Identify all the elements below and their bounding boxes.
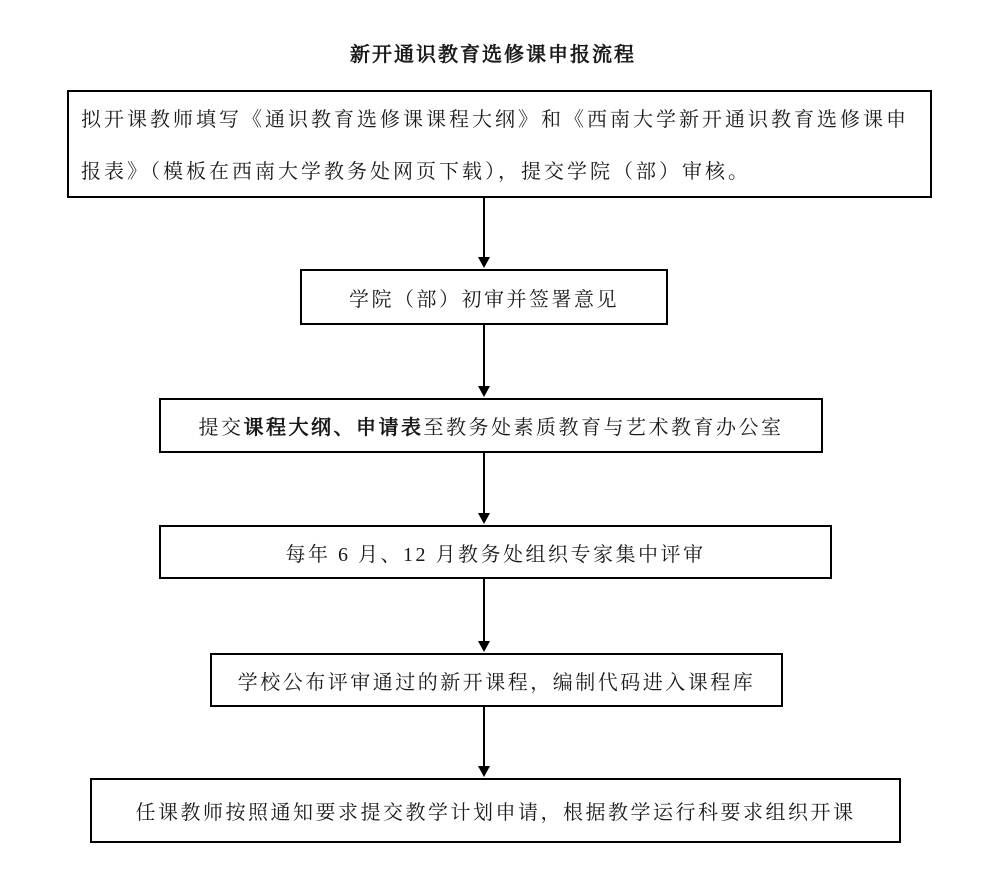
flow-step-2-text: 学院（部）初审并签署意见 — [349, 283, 619, 312]
flow-step-3-prefix: 提交 — [199, 417, 244, 439]
down-arrow-3 — [483, 453, 485, 514]
flow-step-5-text: 学校公布评审通过的新开课程，编制代码进入课程库 — [238, 666, 756, 695]
flow-step-1-text: 拟开课教师填写《通识教育选修课课程大纲》和《西南大学新开通识教育选修课申报表》（… — [81, 94, 918, 198]
flow-step-5: 学校公布评审通过的新开课程，编制代码进入课程库 — [210, 653, 783, 707]
flow-step-6-text: 任课教师按照通知要求提交教学计划申请，根据教学运行科要求组织开课 — [136, 796, 856, 825]
flowchart-page: 新开通识教育选修课申报流程 拟开课教师填写《通识教育选修课课程大纲》和《西南大学… — [0, 0, 986, 881]
flow-step-3-bold-documents: 课程大纲、申请表 — [244, 417, 424, 439]
flow-step-3: 提交课程大纲、申请表至教务处素质教育与艺术教育办公室 — [159, 398, 823, 453]
flow-step-2: 学院（部）初审并签署意见 — [300, 269, 668, 325]
flow-step-1: 拟开课教师填写《通识教育选修课课程大纲》和《西南大学新开通识教育选修课申报表》（… — [67, 90, 932, 198]
flow-step-3-suffix: 至教务处素质教育与艺术教育办公室 — [424, 417, 784, 439]
down-arrow-4 — [483, 579, 485, 642]
down-arrow-1 — [483, 198, 485, 258]
flow-step-4: 每年 6 月、12 月教务处组织专家集中评审 — [159, 525, 832, 579]
page-title: 新开通识教育选修课申报流程 — [0, 38, 986, 67]
flow-step-6: 任课教师按照通知要求提交教学计划申请，根据教学运行科要求组织开课 — [90, 778, 901, 843]
flow-step-3-text: 提交课程大纲、申请表至教务处素质教育与艺术教育办公室 — [199, 411, 784, 440]
flow-step-4-text: 每年 6 月、12 月教务处组织专家集中评审 — [286, 538, 706, 567]
down-arrow-2 — [483, 325, 485, 387]
down-arrow-5 — [483, 707, 485, 767]
